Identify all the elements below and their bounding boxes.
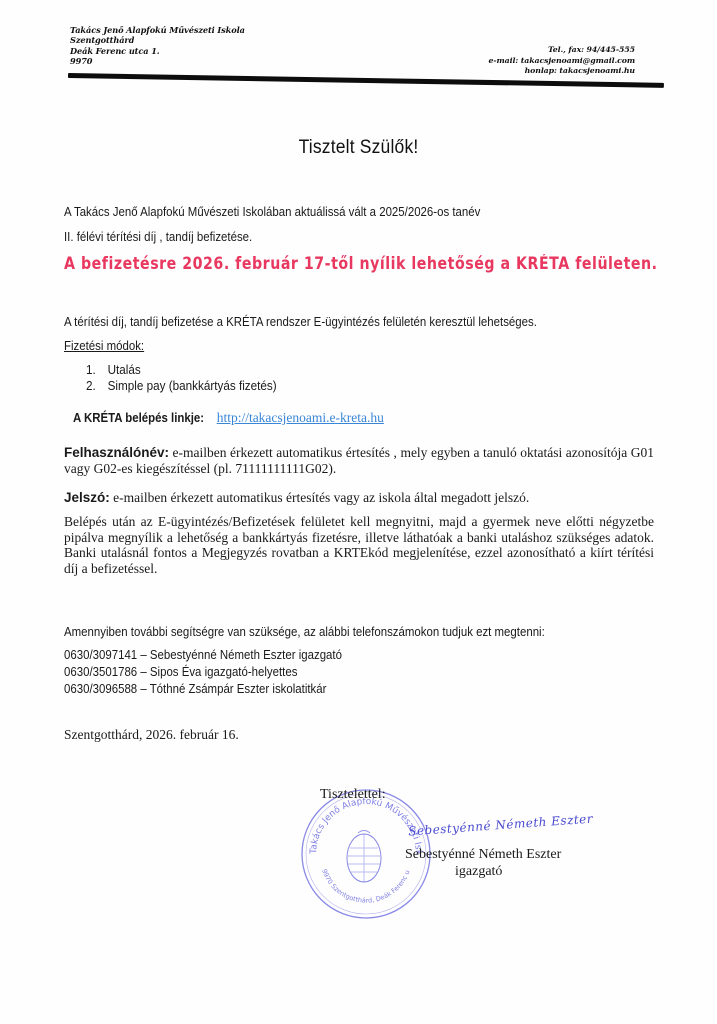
date-place: Szentgotthárd, 2026. február 16. — [64, 727, 239, 743]
list-item: 1.Utalás — [86, 362, 277, 378]
intro-line-2: II. félévi térítési díj , tandíj befizet… — [64, 229, 252, 244]
letter-page: Takács Jenő Alapfokú Művészeti Iskola Sz… — [0, 0, 717, 1024]
email: e-mail: takacsjenoami@gmail.com — [489, 56, 635, 67]
payment-methods-list: 1.Utalás 2.Simple pay (bankkártyás fizet… — [86, 362, 277, 394]
contact-item: 0630/3096588 – Tóthné Zsámpár Eszter isk… — [64, 680, 342, 697]
payment-methods-heading: Fizetési módok: — [64, 338, 144, 353]
handwritten-signature: Sebestyénné Németh Eszter — [408, 812, 594, 839]
signer-name: Sebestyénné Németh Eszter — [405, 847, 561, 863]
signer-title: igazgató — [455, 864, 502, 880]
contact-list: 0630/3097141 – Sebestyénné Németh Eszter… — [64, 646, 342, 697]
school-postcode: 9970 — [70, 56, 245, 66]
help-intro: Amennyiben további segítségre van szüksé… — [64, 624, 545, 639]
website: honlap: takacsjenoami.hu — [489, 66, 635, 77]
list-item: 2.Simple pay (bankkártyás fizetés) — [86, 378, 277, 394]
contact-item: 0630/3097141 – Sebestyénné Németh Eszter… — [64, 646, 342, 663]
kreta-link-label: A KRÉTA belépés linkje: — [73, 410, 204, 425]
letterhead-address: Takács Jenő Alapfokú Művészeti Iskola Sz… — [70, 25, 245, 66]
instructions-paragraph: Belépés után az E-ügyintézés/Befizetések… — [64, 514, 654, 576]
username-label: Felhasználónév: — [64, 445, 169, 460]
letter-title: Tisztelt Szülők! — [29, 137, 689, 159]
letterhead-contacts: Tel., fax: 94/445-555 e-mail: takacsjeno… — [489, 45, 635, 77]
password-label: Jelszó: — [64, 490, 110, 505]
contact-item: 0630/3501786 – Sipos Éva igazgató-helyet… — [64, 663, 342, 680]
closing-greeting: Tisztelettel: — [320, 787, 386, 803]
payment-open-notice: A befizetésre 2026. február 17-től nyíli… — [64, 254, 658, 273]
username-paragraph: Felhasználónév: e-mailben érkezett autom… — [64, 445, 654, 476]
school-street: Deák Ferenc utca 1. — [70, 46, 245, 56]
intro-line-1: A Takács Jenő Alapfokú Művészeti Iskoláb… — [64, 204, 480, 219]
phone-fax: Tel., fax: 94/445-555 — [489, 45, 635, 56]
password-text: e-mailben érkezett automatikus értesítés… — [110, 490, 529, 505]
school-city: Szentgotthárd — [70, 35, 245, 45]
password-paragraph: Jelszó: e-mailben érkezett automatikus é… — [64, 490, 529, 506]
kreta-login-link[interactable]: http://takacsjenoami.e-kreta.hu — [217, 410, 384, 425]
payment-description: A térítési díj, tandíj befizetése a KRÉT… — [64, 314, 537, 329]
school-name: Takács Jenő Alapfokú Művészeti Iskola — [70, 25, 245, 35]
kreta-login-row: A KRÉTA belépés linkje: http://takacsjen… — [64, 410, 384, 426]
